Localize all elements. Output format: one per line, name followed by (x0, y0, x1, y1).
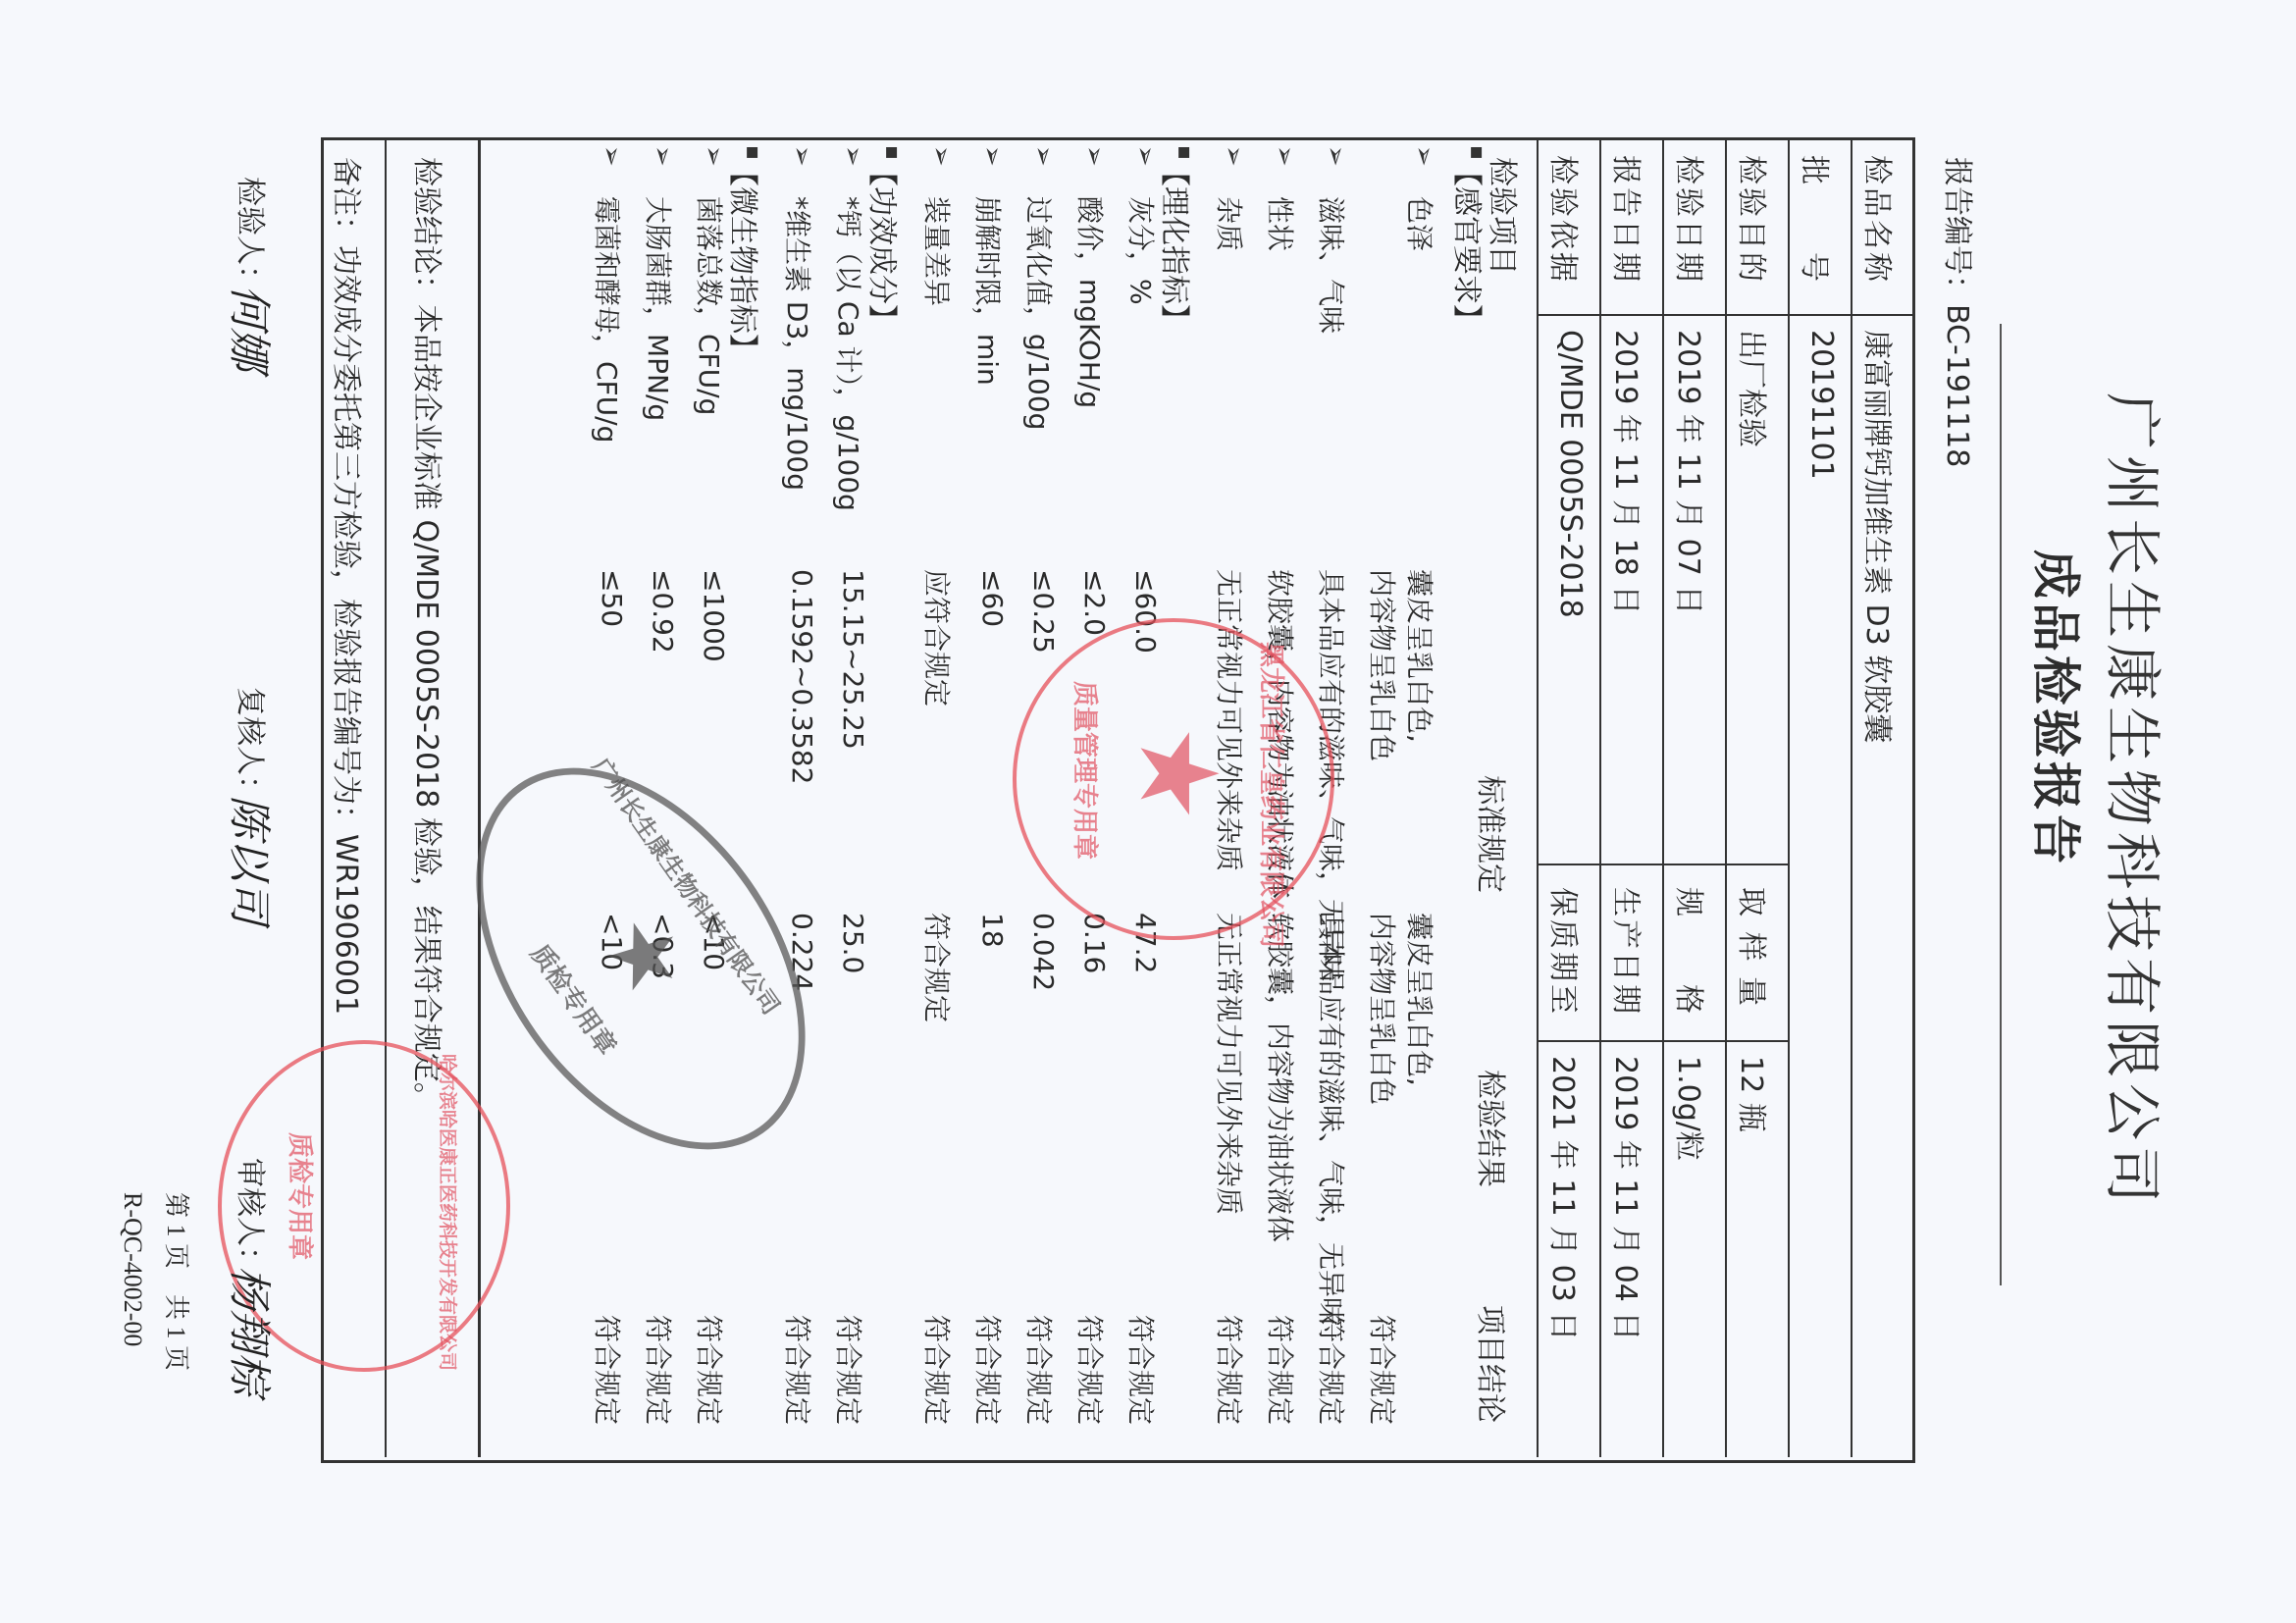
info-value: 2019 年 11 月 04 日 (1607, 1056, 1650, 1340)
report-number-value: BC-191118 (1940, 304, 1974, 467)
item-name: 杂质 (1211, 196, 1250, 251)
conclusion-value: 符合规定 (640, 1315, 679, 1425)
item-name: 滋味、气味 (1313, 196, 1352, 334)
item-arrow-icon: ➢ (699, 145, 728, 167)
item-name: 霉菌和酵母，CFU/g (589, 196, 628, 443)
conclusion-value: 符合规定 (1071, 1315, 1111, 1425)
result-value: 18 (976, 913, 1009, 948)
red-quality-stamp: 黑龙江省仁皇药业有限公司 ★ 质量管理专用章 (1013, 618, 1334, 940)
item-name: 菌落总数，CFU/g (691, 196, 730, 415)
conclusion-value: 符合规定 (1020, 1315, 1060, 1425)
stamp-inner-text: 质量管理专用章 (1069, 681, 1105, 860)
report-title: 成品检验报告 (2024, 550, 2095, 867)
standard-value: ≤50 (596, 569, 628, 627)
header-divider (2000, 324, 2002, 1285)
standard-value: ≤60 (976, 569, 1009, 627)
header-standard: 标准规定 (1472, 775, 1515, 893)
section-heading: 【微生物指标】 (724, 157, 767, 363)
info-row-divider (1537, 137, 1539, 1457)
standard-value: ≤0.25 (1027, 569, 1060, 654)
item-arrow-icon: ➢ (1219, 145, 1248, 167)
info-row-divider (1662, 137, 1664, 1457)
header-result: 检验结果 (1472, 1070, 1515, 1187)
section-heading: 【理化指标】 (1156, 157, 1199, 334)
item-name: 崩解时限，min (969, 196, 1009, 386)
header-conclusion: 项目结论 (1472, 1305, 1515, 1423)
inspection-verdict: 检验结论：本品按企业标准 Q/MDE 0005S-2018 检验，结果符合规定。 (408, 157, 451, 1112)
info-row-divider (1788, 137, 1790, 1457)
item-arrow-icon: ➢ (1270, 145, 1299, 167)
item-arrow-icon: ➢ (787, 145, 816, 167)
form-code: R-QC-4002-00 (118, 1192, 147, 1346)
info-value: 2019 年 11 月 07 日 (1670, 330, 1713, 614)
conclusion-value: 符合规定 (1211, 1315, 1250, 1425)
section-heading: 【功效成分】 (863, 157, 907, 334)
info-label: 规 格 (1670, 887, 1713, 1017)
item-arrow-icon: ➢ (1409, 145, 1438, 167)
result-value: 内容物呈乳白色 (1364, 913, 1403, 1105)
conclusion-value: 符合规定 (918, 1315, 958, 1425)
page-number: 第 1 页 共 1 页 (160, 1192, 196, 1371)
standard-value: 0.1592~0.3582 (786, 569, 818, 784)
item-arrow-icon: ➢ (597, 145, 626, 167)
standard-value: 应符合规定 (918, 569, 958, 707)
conclusion-value: 符合规定 (1364, 1315, 1403, 1425)
item-name: *维生素 D3，mg/100g (779, 196, 818, 491)
info-label: 报告日期 (1607, 155, 1650, 285)
inspector-signature: 何娜 (222, 285, 285, 371)
approver-signature: 杨翔棕 (222, 1266, 285, 1395)
inspection-report-page: 广州长生康生物科技有限公司 成品检验报告 报告编号：BC-191118 检品名称… (0, 0, 2296, 1623)
item-name: 灰分，% (1122, 196, 1162, 305)
result-value: 具本品应有的滋味、气味，无异味 (1313, 913, 1352, 1325)
stamp-outer-text: 黑龙江省仁皇药业有限公司 (1255, 642, 1291, 948)
reviewer-signature: 陈以司 (222, 795, 285, 924)
standard-value: 15.15~25.25 (837, 569, 869, 750)
info-col-divider (1539, 1040, 1790, 1042)
star-icon: ★ (586, 899, 704, 1015)
info-value: 20191101 (1804, 330, 1839, 480)
stamp-inner-text: 质检专用章 (284, 1132, 320, 1260)
item-name: 性状 (1262, 196, 1301, 251)
item-arrow-icon: ➢ (1321, 145, 1350, 167)
conclusion-value: 符合规定 (969, 1315, 1009, 1425)
item-name: 酸价，mgKOH/g (1071, 196, 1111, 408)
info-label: 检验日期 (1670, 155, 1713, 285)
result-value: 0.042 (1027, 913, 1060, 991)
item-arrow-icon: ➢ (977, 145, 1007, 167)
item-name: 过氧化值，g/100g (1020, 196, 1060, 430)
standard-value: ≤2.0 (1078, 569, 1111, 636)
info-row-divider (1725, 137, 1727, 1457)
result-value: 符合规定 (918, 913, 958, 1022)
item-arrow-icon: ➢ (838, 145, 867, 167)
conclusion-value: 符合规定 (779, 1315, 818, 1425)
item-arrow-icon: ➢ (648, 145, 677, 167)
item-arrow-icon: ➢ (1079, 145, 1109, 167)
conclusion-value: 符合规定 (1313, 1315, 1352, 1425)
item-name: *钙（以 Ca 计），g/100g (830, 196, 869, 511)
section-heading: 【感官要求】 (1448, 157, 1491, 334)
info-label: 保质期至 (1544, 887, 1588, 1017)
standard-value: 囊皮呈乳白色, (1401, 569, 1440, 743)
standard-value: 内容物呈乳白色 (1364, 569, 1403, 761)
info-label: 检品名称 (1858, 155, 1902, 285)
info-value: 2021 年 11 月 03 日 (1544, 1056, 1588, 1340)
result-value: 软胶囊，内容物为油状液体 (1262, 913, 1301, 1242)
approver-label: 审核人： (232, 1158, 275, 1276)
info-value: 12 瓶 (1733, 1056, 1776, 1132)
result-value: 无正常视力可见外来杂质 (1211, 913, 1250, 1215)
info-value: 1.0g/粒 (1670, 1056, 1713, 1161)
info-col-divider (1539, 314, 1915, 316)
info-value: Q/MDE 0005S-2018 (1553, 330, 1588, 618)
conclusion-value: 符合规定 (691, 1315, 730, 1425)
item-name: 大肠菌群，MPN/g (640, 196, 679, 421)
info-label: 检验目的 (1733, 155, 1776, 285)
info-label: 批 号 (1796, 155, 1839, 285)
result-value: 25.0 (837, 913, 869, 973)
star-icon: ★ (1124, 725, 1232, 822)
info-value: 康富丽牌钙加维生素 D3 软胶囊 (1858, 330, 1902, 743)
inspector-label: 检验人： (232, 177, 275, 294)
info-value: 出厂检验 (1733, 330, 1776, 447)
standard-value: ≤0.92 (647, 569, 679, 654)
conclusion-value: 符合规定 (830, 1315, 869, 1425)
info-label: 检验依据 (1544, 155, 1588, 285)
conclusion-value: 符合规定 (589, 1315, 628, 1425)
item-name: 色泽 (1401, 196, 1440, 251)
info-label: 取 样 量 (1733, 887, 1776, 1009)
standard-value: ≤1000 (698, 569, 730, 662)
report-number: 报告编号：BC-191118 (1939, 157, 1982, 467)
info-col-divider (1539, 864, 1790, 865)
stamp-outer-text: 哈尔滨哈医康正医药科技开发有限公司 (436, 1054, 462, 1371)
remark-text: 备注：功效成分委托第三方检验，检验报告编号为：WR1906001 (328, 157, 371, 1015)
item-arrow-icon: ➢ (1028, 145, 1058, 167)
info-row-divider (1599, 137, 1601, 1457)
item-arrow-icon: ➢ (926, 145, 956, 167)
reviewer-label: 复核人： (232, 687, 275, 805)
conclusion-value: 符合规定 (1262, 1315, 1301, 1425)
company-name: 广州长生康生物科技有限公司 (2096, 393, 2178, 1209)
conclusion-value: 符合规定 (1122, 1315, 1162, 1425)
report-number-label: 报告编号： (1940, 157, 1974, 304)
item-name: 装量差异 (918, 196, 958, 306)
info-value: 2019 年 11 月 18 日 (1607, 330, 1650, 614)
info-label: 生产日期 (1607, 887, 1650, 1017)
item-arrow-icon: ➢ (1130, 145, 1160, 167)
result-value: 囊皮呈乳白色, (1401, 913, 1440, 1086)
info-row-divider (1851, 137, 1852, 1457)
